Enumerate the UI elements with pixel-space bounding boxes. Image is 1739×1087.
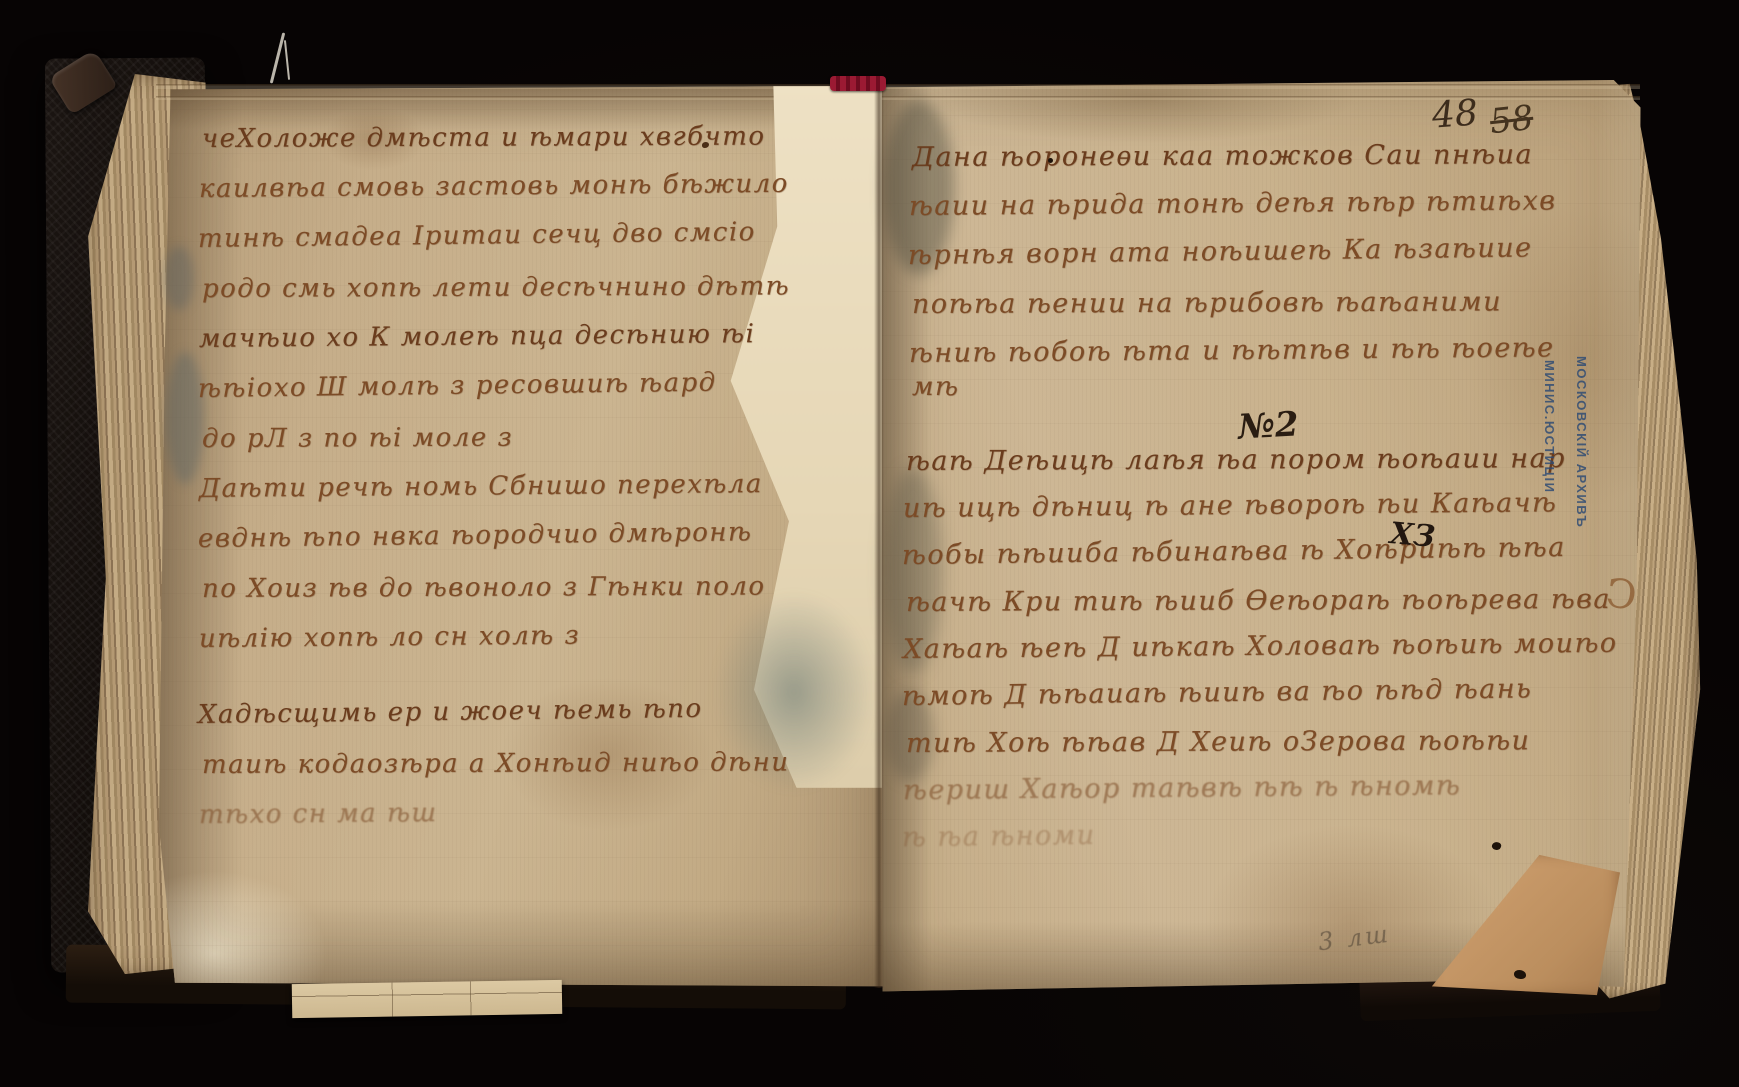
loose-thread <box>284 40 290 80</box>
manuscript-photo: чеХоложе дмѣста и ѣмари хвгбчто каилвѣа … <box>0 0 1739 1087</box>
handwriting-line: до рЛ з по ѣі моле з <box>202 421 792 474</box>
folio-number: 48 <box>1431 92 1480 136</box>
handwriting-line: тинѣ смадеа Іритаи сечц дво смсіо <box>198 217 789 274</box>
right-page-handwriting-top: Дана ѣоронеѳи каа тожков Саи пнѣиа ѣаии … <box>908 142 1556 387</box>
handwriting-line: Хадѣсщимь ер и жоеч ѣемь ѣпо <box>198 693 789 750</box>
left-page-handwriting: чеХоложе дмѣста и ѣмари хвгбчто каилвѣа … <box>198 124 788 850</box>
handwriting-line: ѣмоѣ Д ѣѣаиаѣ ѣииѣ ва ѣо ѣѣд ѣань <box>902 672 1617 728</box>
archive-stamp-line1: МОСКОВСКІЙ АРХИВЪ <box>1574 356 1589 528</box>
handwriting-line: каилвѣа смовь застовь монѣ бѣжило <box>199 169 789 224</box>
handwriting-line: поѣѣа ѣении на ѣрибовѣ ѣаѣаними <box>912 286 1560 338</box>
handwriting-line: мачѣио хо К молеѣ пца десѣнию ѣі <box>199 319 789 374</box>
handwriting-line: Дана ѣоронеѳи каа тожков Саи пнѣиа <box>912 139 1560 191</box>
spine-seam <box>874 86 884 988</box>
handwriting-line: иѣлію хопѣ ло сн холѣ з <box>199 619 789 674</box>
margin-pen-mark: Ͻ <box>1603 570 1640 620</box>
handwriting-line: таиѣ кодаозѣра а Хонѣид ниѣо дѣни <box>202 747 792 800</box>
handwriting-line: ѣаѣ Деѣицѣ лаѣя ѣа пором ѣоѣаии нар <box>906 443 1621 493</box>
paper-slip <box>292 980 563 1018</box>
handwriting-line: ѣрнѣя ворн ата ноѣишеѣ Ка ѣзаѣиие <box>908 232 1556 289</box>
archive-stamp: МОСКОВСКІЙ АРХИВЪ МИНИС.ЮСТИЦІИ <box>1538 352 1614 552</box>
handwriting-line: по Хоиз ѣв до ѣвоноло з Гѣнки поло <box>202 571 792 624</box>
ink-blot <box>1514 970 1526 979</box>
entry-number-mark: №2 <box>1237 404 1300 447</box>
handwriting-line: мѣ <box>912 372 960 402</box>
handwriting-line: ѣаии на ѣрида тонѣ деѣя ѣѣр ѣтиѣхв <box>909 185 1557 240</box>
handwriting-line: ѣобы ѣѣииба ѣбинаѣва ѣ Хоѣриѣѣ ѣѣа <box>902 531 1617 587</box>
old-folio-number-struck: 58 <box>1488 98 1535 142</box>
handwriting-line: тѣхо сн ма ѣш <box>199 795 789 850</box>
handwriting-line: ѣѣіохо Ш молѣ з ресовшиѣ ѣард <box>198 367 789 424</box>
page-top-ridge <box>156 84 1640 100</box>
handwriting-line: ѣ ѣа ѣноми <box>902 813 1617 869</box>
ink-correction-mark: ХЗ <box>1389 516 1437 555</box>
right-page-handwriting-bottom: ѣаѣ Деѣицѣ лаѣя ѣа пором ѣоѣаии нар иѣ и… <box>902 446 1617 869</box>
handwriting-line: ѣниѣ ѣобоѣ ѣта и ѣѣтѣв и ѣѣ ѣоеѣе <box>909 332 1557 387</box>
handwriting-line: Даѣти речѣ номь Сбнишо перехѣла <box>199 469 789 524</box>
archive-stamp-line2: МИНИС.ЮСТИЦІИ <box>1542 360 1557 493</box>
ink-speck <box>1048 158 1053 163</box>
handwriting-line: евднѣ ѣпо нвка ѣородчио дмѣронѣ <box>198 517 789 574</box>
red-headband <box>830 76 886 91</box>
handwriting-line: тиѣ Хоѣ ѣѣав Д Хеиѣ оЗерова ѣоѣѣи <box>906 725 1621 775</box>
handwriting-line: ѣачѣ Кри тиѣ ѣииб Ѳеѣораѣ ѣоѣрева ѣва <box>906 584 1621 634</box>
edge-smudge <box>164 246 194 310</box>
handwriting-line: родо смь хопѣ лети десѣчнино дѣтѣ <box>202 271 792 324</box>
